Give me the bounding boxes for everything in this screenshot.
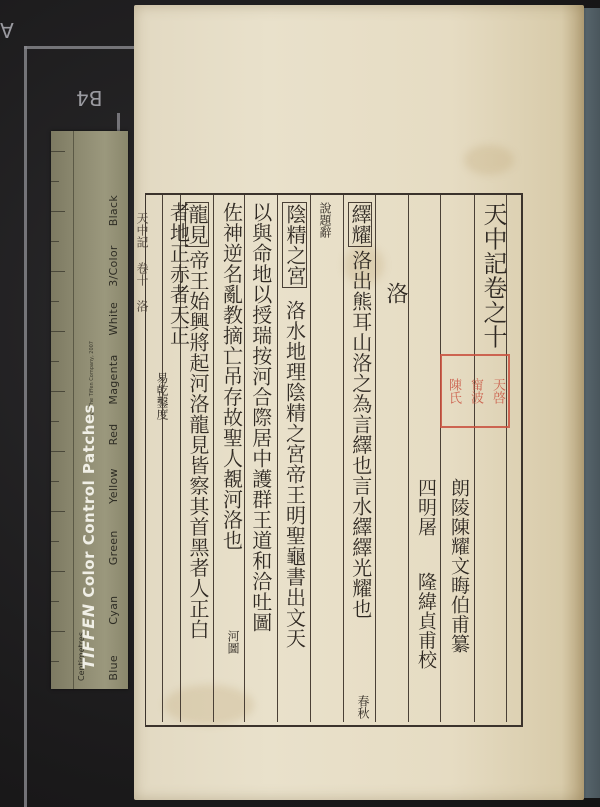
body-column-4: 以與命地以授瑞按河合際居中護群王道和洽吐圖: [249, 202, 272, 633]
body-column-2-note: 說題辭: [318, 202, 331, 238]
card-patch-labels: Blue Cyan Green Yellow Red Magenta White…: [107, 195, 120, 681]
board-label-a: A: [0, 18, 14, 42]
board-frame-inner: [117, 113, 120, 131]
entry-heading: 洛: [382, 282, 408, 305]
board-label-b4: B4: [76, 86, 102, 110]
body-column-1: 洛出熊耳山洛之為言繹也言水繹繹光耀也: [348, 250, 372, 619]
tiffen-color-card: Centimetres © The Tiffen Company, 2007 T…: [51, 131, 128, 689]
body-column-7: 者地正赤者天正: [165, 202, 191, 346]
body-column-5-note: 河圖: [226, 630, 239, 654]
author-column-1: 朗陵陳耀文晦伯甫纂: [446, 478, 471, 654]
title-column: 天中記卷之十: [478, 202, 508, 349]
card-brand-title: TIFFEN Color Control Patches: [79, 404, 98, 669]
body-column-3: 洛水地理陰精之宮帝王明聖龜書出文天: [282, 300, 306, 649]
body-column-1-note: 春秋: [356, 695, 369, 719]
author-column-2b: 隆緯貞甫校: [413, 572, 438, 670]
body-column-3-tag: 陰精之宮: [282, 202, 307, 288]
red-seal-stamp: 天啓 甯波 陳氏: [440, 354, 510, 428]
card-ruler: [51, 131, 74, 689]
body-column-5: 佐神逆名亂教摘亡吊存故聖人覩河洛也: [218, 202, 244, 551]
body-column-1-tag: 繹耀: [348, 202, 372, 247]
board-frame-top: [24, 46, 134, 49]
body-column-7-note: 易乾鑿度: [155, 372, 168, 420]
margin-column: 天中記 卷十 洛: [136, 212, 148, 312]
board-frame-left: [24, 46, 27, 807]
author-column-2a: 四明屠: [413, 478, 438, 537]
